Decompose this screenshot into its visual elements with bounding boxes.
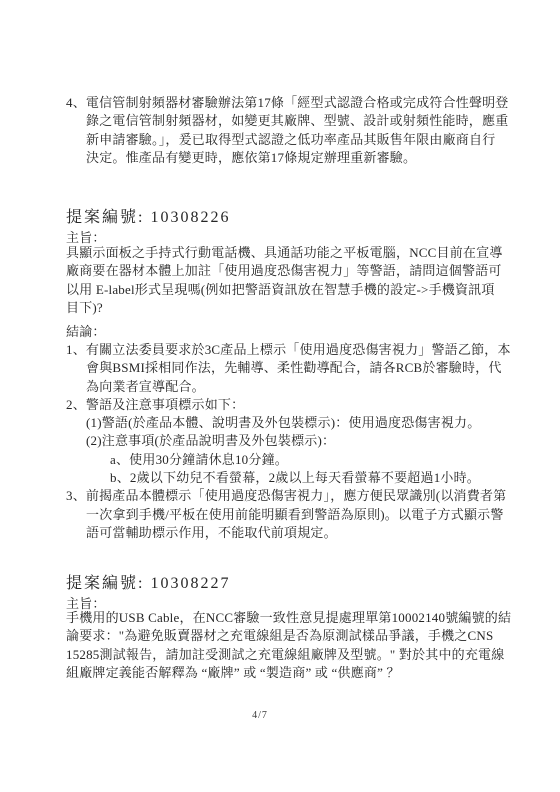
text-line: 手機用的USB Cable，在NCC審驗一致性意見提處理單第10002140號編…	[66, 609, 506, 627]
conclusion-list-1: 1、有關立法委員要求於3C產品上標示「使用過度恐傷害視力」警語乙節，本 會與BS…	[66, 341, 506, 542]
text-line: 3、前揭產品本體標示「使用過度恐傷害視力」，應方便民眾識別(以消費者第	[66, 487, 506, 505]
text-line: 4、電信管制射頻器材審驗辦法第17條「經型式認證合格或完成符合性聲明登	[66, 94, 506, 112]
document-page: 4、電信管制射頻器材審驗辦法第17條「經型式認證合格或完成符合性聲明登 錄之電信…	[0, 0, 560, 792]
text-line: 語可當輔助標示作用，不能取代前項規定。	[66, 524, 506, 542]
text-line: a、使用30分鐘請休息10分鐘。	[66, 451, 506, 469]
text-line: 以用 E-label形式呈現嗎(例如把警語資訊放在智慧手機的設定->手機資訊項	[66, 281, 506, 299]
text-line: b、2歲以下幼兒不看螢幕，2歲以上每天看螢幕不要超過1小時。	[66, 469, 506, 487]
text-line: 目下)?	[66, 299, 506, 317]
page-number: 4/7	[205, 710, 315, 721]
case-number-heading-10308226: 提案編號: 10308226	[66, 207, 506, 229]
text-line: 具顯示面板之手持式行動電話機、具通話功能之平板電腦，NCC目前在宣導	[66, 244, 506, 262]
text-line: (1)警語(於產品本體、說明書及外包裝標示)：使用過度恐傷害視力。	[66, 414, 506, 432]
text-line: 論要求："為避免販賣器材之充電線組是否為原測試樣品爭議，手機之CNS	[66, 627, 506, 645]
text-line: 廠商要在器材本體上加註「使用過度恐傷害視力」等警語，請問這個警語可	[66, 262, 506, 280]
text-line: 組廠牌定義能否解釋為 “廠牌” 或 “製造商” 或 “供應商” ？	[66, 664, 506, 682]
text-line: 錄之電信管制射頻器材，如變更其廠牌、型號、設計或射頻性能時，應重	[66, 112, 506, 130]
text-line: 會與BSMI採相同作法，先輔導、柔性勸導配合，請各RCB於審驗時，代	[66, 359, 506, 377]
text-line: 一次拿到手機/平板在使用前能明顯看到警語為原則)。以電子方式顯示警	[66, 506, 506, 524]
text-line: 決定。惟產品有變更時，應依第17條規定辦理重新審驗。	[66, 149, 506, 167]
text-line: 2、警語及注意事項標示如下：	[66, 396, 506, 414]
subject-body-2: 手機用的USB Cable，在NCC審驗一致性意見提處理單第10002140號編…	[66, 609, 506, 682]
case-number-heading-10308227: 提案編號: 10308227	[66, 573, 506, 595]
text-line: 15285測試報告，請加註受測試之充電線組廠牌及型號。" 對於其中的充電線	[66, 646, 506, 664]
text-line: (2)注意事項(於產品說明書及外包裝標示)：	[66, 432, 506, 450]
conclusion-label-1: 結論：	[66, 323, 506, 341]
text-line: 新申請審驗。」，爰已取得型式認證之低功率產品其販售年限由廠商自行	[66, 131, 506, 149]
text-line: 為向業者宣導配合。	[66, 378, 506, 396]
text-line: 1、有關立法委員要求於3C產品上標示「使用過度恐傷害視力」警語乙節，本	[66, 341, 506, 359]
paragraph-item-4: 4、電信管制射頻器材審驗辦法第17條「經型式認證合格或完成符合性聲明登 錄之電信…	[66, 94, 506, 167]
subject-body-1: 具顯示面板之手持式行動電話機、具通話功能之平板電腦，NCC目前在宣導 廠商要在器…	[66, 244, 506, 317]
